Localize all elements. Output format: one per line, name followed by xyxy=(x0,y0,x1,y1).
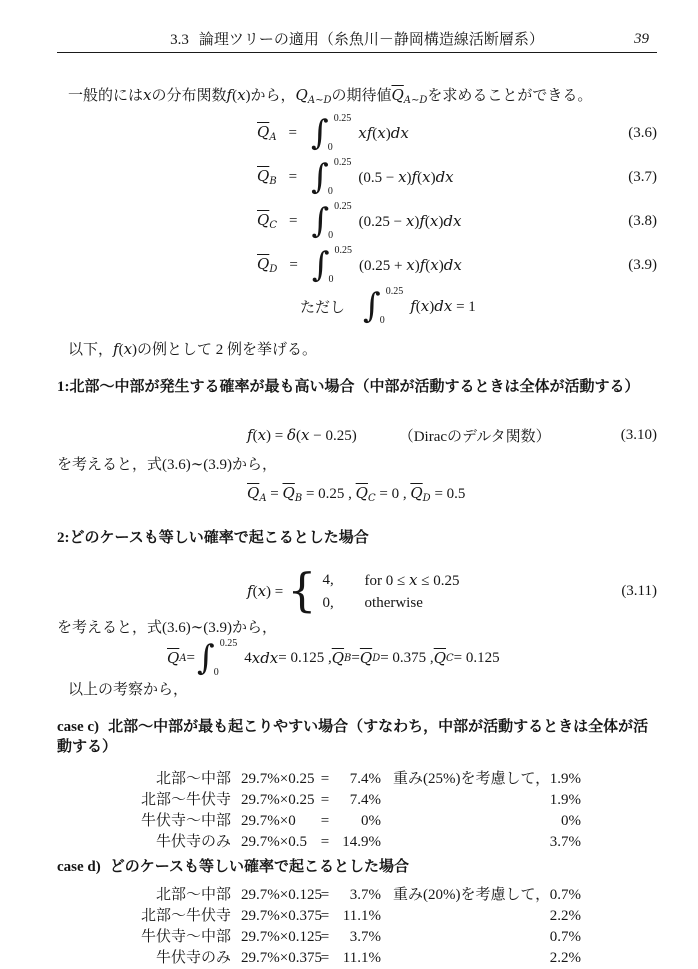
table-cell: 2.2% xyxy=(533,948,581,969)
integral-upper-limit: 0.25 xyxy=(386,286,404,297)
table-cell: 7.4% xyxy=(335,769,381,790)
integrand: xf(x)dx xyxy=(358,124,409,143)
piecewise-case: 4,for 0 ≤ x ≤ 0.25 xyxy=(323,570,460,591)
table-cell xyxy=(381,790,533,811)
equation-number: (3.9) xyxy=(628,257,657,274)
left-brace: { xyxy=(287,570,316,611)
table-cell xyxy=(381,811,533,832)
table-cell: 2.2% xyxy=(533,906,581,927)
piecewise-cases: 4,for 0 ≤ x ≤ 0.25 0,otherwise xyxy=(323,570,460,613)
integral-lower-limit: 0 xyxy=(328,186,352,197)
case-d-heading: case d)どのケースも等しい確率で起こるとした場合 xyxy=(57,857,657,877)
table-cell: 29.7%×0.25 xyxy=(231,790,315,811)
equation-3-7: QB = ∫0.250 (0.5 − x)f(x)dx (3.7) xyxy=(57,155,657,199)
examples-intro: 以下，f(x)の例として 2 例を挙げる。 xyxy=(57,339,657,360)
integral: ∫0.250 xyxy=(311,157,356,197)
page-number: 39 xyxy=(634,31,649,48)
q-values-case2: QA = ∫0.2504xdx = 0.125 , QB = QD = 0.37… xyxy=(57,638,657,678)
table-cell: 29.7%×0.125 xyxy=(231,885,315,906)
table-cell: 北部〜牛伏寺 xyxy=(135,906,231,927)
table-cell: = xyxy=(315,811,335,832)
table-cell: 29.7%×0.25 xyxy=(231,769,315,790)
table-cell: 北部〜牛伏寺 xyxy=(135,790,231,811)
integral: ∫0.250 xyxy=(363,286,408,326)
table-cell: 29.7%×0 xyxy=(231,811,315,832)
case-d-label: case d) xyxy=(57,859,101,875)
dirac-comment: （Diracのデルタ関数） xyxy=(399,425,551,446)
equation-number: (3.11) xyxy=(621,583,657,600)
integral-sign: ∫ xyxy=(311,205,329,237)
equation-3-10: f(x) = δ(x − 0.25) （Diracのデルタ関数） (3.10) xyxy=(57,421,657,449)
table-cell: = xyxy=(315,906,335,927)
integral: ∫0.250 xyxy=(311,113,356,153)
table-cell: = xyxy=(315,885,335,906)
integral-lower-limit: 0 xyxy=(329,274,353,285)
table-cell: = xyxy=(315,769,335,790)
table-cell: 29.7%×0.5 xyxy=(231,832,315,853)
running-head: 3.3論理ツリーの適用（糸魚川－静岡構造線活断層系） xyxy=(57,31,657,50)
equation-number: (3.8) xyxy=(628,213,657,230)
equation-lhs: QB xyxy=(257,167,277,187)
table-cell: 重み(20%)を考慮して， xyxy=(381,885,533,906)
conclusion-line: 以上の考察から， xyxy=(57,680,657,700)
equation-lhs: QD xyxy=(257,255,277,275)
integrand: (0.5 − x)f(x)dx xyxy=(358,168,453,187)
integrand: (0.25 + x)f(x)dx xyxy=(359,256,462,275)
integral: ∫0.250 xyxy=(312,245,357,285)
consider-line-2: を考えると，式(3.6)∼(3.9)から， xyxy=(57,618,657,638)
table-cell: 29.7%×0.125 xyxy=(231,927,315,948)
integral-lower-limit: 0 xyxy=(380,315,404,326)
table-cell: 3.7% xyxy=(335,927,381,948)
table-cell: = xyxy=(315,927,335,948)
integral-lower-limit: 0 xyxy=(328,142,352,153)
integral: ∫0.250 xyxy=(311,201,356,241)
integral-sign: ∫ xyxy=(363,290,381,322)
integral-upper-limit: 0.25 xyxy=(334,157,352,168)
integral-upper-limit: 0.25 xyxy=(334,201,352,212)
header-rule xyxy=(57,52,657,53)
table-cell: 0% xyxy=(335,811,381,832)
table-cell: 11.1% xyxy=(335,948,381,969)
table-cell: 牛伏寺のみ xyxy=(135,832,231,853)
piecewise-lhs: f(x) = xyxy=(247,582,283,601)
table-cell: 0% xyxy=(533,811,581,832)
condition-label: ただし xyxy=(300,296,345,317)
table-cell: 29.7%×0.375 xyxy=(231,948,315,969)
equation-3-6: QA = ∫0.250 xf(x)dx (3.6) xyxy=(57,111,657,155)
case2-heading: 2:どのケースも等しい確率で起こるとした場合 xyxy=(57,528,657,548)
equals-sign: = xyxy=(289,213,297,230)
table-cell: 14.9% xyxy=(335,832,381,853)
table-cell xyxy=(381,832,533,853)
table-cell: 29.7%×0.375 xyxy=(231,906,315,927)
table-cell: 0.7% xyxy=(533,927,581,948)
table-cell: 7.4% xyxy=(335,790,381,811)
consider-line-1: を考えると，式(3.6)∼(3.9)から， xyxy=(57,455,657,475)
case-c-table: 北部〜中部29.7%×0.25=7.4%重み(25%)を考慮して，1.9% 北部… xyxy=(135,769,657,853)
case-c-title: 北部〜中部が最も起こりやすい場合（すなわち，中部が活動するときは全体が活動する） xyxy=(57,718,648,755)
q-values-case1: QA = QB = 0.25 , QC = 0 , QD = 0.5 xyxy=(57,482,657,510)
table-cell: 1.9% xyxy=(533,769,581,790)
table-cell xyxy=(381,927,533,948)
table-cell: 牛伏寺〜中部 xyxy=(135,811,231,832)
case2-title: どのケースも等しい確率で起こるとした場合 xyxy=(70,529,369,546)
case2-number: 2: xyxy=(57,530,70,546)
section-number: 3.3 xyxy=(170,32,189,48)
table-cell: 1.9% xyxy=(533,790,581,811)
table-cell: 11.1% xyxy=(335,906,381,927)
table-cell: = xyxy=(315,832,335,853)
case1-title: 北部〜中部が発生する確率が最も高い場合（中部が活動するときは全体が活動する） xyxy=(70,378,640,395)
delta-function-formula: f(x) = δ(x − 0.25) xyxy=(247,426,357,445)
equation-number: (3.6) xyxy=(628,125,657,142)
document-page: 3.3論理ツリーの適用（糸魚川－静岡構造線活断層系） 39 一般的にはxの分布関… xyxy=(0,0,698,969)
table-cell: 北部〜中部 xyxy=(135,769,231,790)
equation-lhs: QA xyxy=(257,123,277,143)
table-cell xyxy=(381,948,533,969)
integral-sign: ∫ xyxy=(312,249,330,281)
integral-upper-limit: 0.25 xyxy=(335,245,353,256)
integral-sign: ∫ xyxy=(311,161,329,193)
equation-3-8: QC = ∫0.250 (0.25 − x)f(x)dx (3.8) xyxy=(57,199,657,243)
case-d-table: 北部〜中部29.7%×0.125=3.7%重み(20%)を考慮して，0.7% 北… xyxy=(135,885,657,969)
integral-lower-limit: 0 xyxy=(328,230,352,241)
page-header: 3.3論理ツリーの適用（糸魚川－静岡構造線活断層系） 39 xyxy=(57,0,657,53)
table-cell: = xyxy=(315,790,335,811)
equals-sign: = xyxy=(289,169,297,186)
equation-lhs: QC xyxy=(257,211,277,231)
case-c-label: case c) xyxy=(57,719,99,735)
equation-3-11: f(x) = { 4,for 0 ≤ x ≤ 0.25 0,otherwise … xyxy=(57,568,657,614)
piecewise-case: 0,otherwise xyxy=(323,593,460,613)
table-cell: 北部〜中部 xyxy=(135,885,231,906)
equals-sign: = xyxy=(289,125,297,142)
case-d-title: どのケースも等しい確率で起こるとした場合 xyxy=(110,858,409,875)
equals-sign: = xyxy=(289,257,297,274)
table-cell: 牛伏寺〜中部 xyxy=(135,927,231,948)
intro-paragraph: 一般的にはxの分布関数f(x)から，QA∼Dの期待値QA∼Dを求めることができる… xyxy=(57,85,657,111)
condition-body: f(x)dx = 1 xyxy=(410,297,476,316)
table-cell xyxy=(381,906,533,927)
table-cell: 重み(25%)を考慮して， xyxy=(381,769,533,790)
table-cell: = xyxy=(315,948,335,969)
table-cell: 3.7% xyxy=(335,885,381,906)
table-cell: 牛伏寺のみ xyxy=(135,948,231,969)
integrand: (0.25 − x)f(x)dx xyxy=(359,212,462,231)
equation-3-9: QD = ∫0.250 (0.25 + x)f(x)dx (3.9) xyxy=(57,243,657,287)
section-title: 論理ツリーの適用（糸魚川－静岡構造線活断層系） xyxy=(199,32,544,48)
equation-number: (3.10) xyxy=(621,427,657,444)
integral-sign: ∫ xyxy=(311,117,329,149)
case-c-heading: case c)北部〜中部が最も起こりやすい場合（すなわち，中部が活動するときは全… xyxy=(57,717,657,757)
case1-number: 1: xyxy=(57,379,70,395)
normalization-condition: ただし ∫0.250 f(x)dx = 1 xyxy=(57,287,657,325)
equation-number: (3.7) xyxy=(628,169,657,186)
case1-heading: 1:北部〜中部が発生する確率が最も高い場合（中部が活動するときは全体が活動する） xyxy=(57,377,657,397)
table-cell: 3.7% xyxy=(533,832,581,853)
table-cell: 0.7% xyxy=(533,885,581,906)
integral-upper-limit: 0.25 xyxy=(334,113,352,124)
